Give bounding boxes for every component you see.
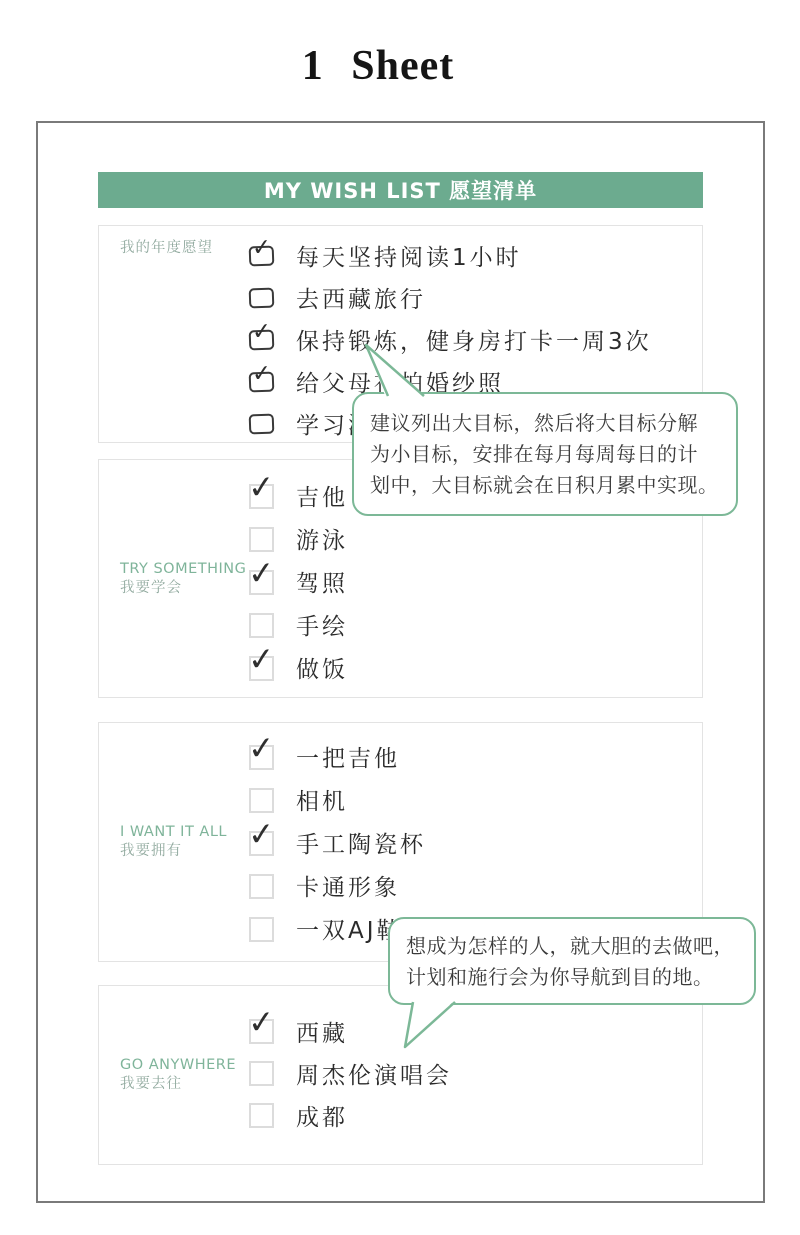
checkbox[interactable]: ✓ bbox=[249, 410, 287, 436]
wish-list-header-title: MY WISH LIST 愿望清单 bbox=[264, 175, 537, 205]
checkbox-box-icon bbox=[249, 874, 274, 899]
bubble-tail-icon bbox=[398, 1000, 468, 1055]
checkbox[interactable]: ✓ bbox=[249, 326, 287, 352]
tip-line: 划中，大目标就会在日积月累中实现。 bbox=[370, 470, 720, 501]
item-label: 吉他 bbox=[296, 479, 348, 512]
checkmark-icon: ✓ bbox=[247, 731, 276, 765]
checklist-row: ✓ 成都 bbox=[249, 1094, 694, 1136]
checkbox-box-icon bbox=[249, 1103, 274, 1128]
checkbox-box-icon bbox=[249, 527, 274, 552]
checkbox-box-icon bbox=[249, 613, 274, 638]
checkbox-box-icon bbox=[249, 788, 274, 813]
checklist-row: ✓ 一把吉他 bbox=[249, 735, 694, 778]
item-label: 一把吉他 bbox=[296, 740, 400, 773]
item-label: 西藏 bbox=[296, 1015, 348, 1048]
section-label-zh: 我要学会 bbox=[120, 579, 246, 598]
checkbox-box-icon bbox=[249, 1061, 274, 1086]
section-label: 我的年度愿望 bbox=[120, 239, 213, 258]
checkmark-icon: ✓ bbox=[247, 470, 276, 504]
section-label: GO ANYWHERE 我要去往 bbox=[120, 1056, 236, 1094]
wish-list-header: MY WISH LIST 愿望清单 bbox=[98, 172, 703, 208]
tip-line: 计划和施行会为你导航到目的地。 bbox=[406, 962, 738, 993]
checkmark-icon: ✓ bbox=[247, 817, 276, 851]
checkbox[interactable]: ✓ bbox=[249, 655, 287, 681]
checkbox-box-icon bbox=[249, 288, 275, 309]
checklist-row: ✓ 相机 bbox=[249, 778, 694, 821]
checkbox[interactable]: ✓ bbox=[249, 242, 287, 268]
checklist-row: ✓ 做饭 bbox=[249, 646, 694, 689]
checkmark-icon: ✓ bbox=[251, 362, 272, 386]
checkbox[interactable]: ✓ bbox=[249, 744, 287, 770]
checklist-row: ✓ 西藏 bbox=[249, 1010, 694, 1052]
item-label: 驾照 bbox=[296, 565, 348, 598]
checklist-row: ✓ 驾照 bbox=[249, 560, 694, 603]
page-title: 1 Sheet bbox=[0, 42, 756, 90]
item-label: 去西藏旅行 bbox=[296, 281, 426, 314]
checkbox[interactable]: ✓ bbox=[249, 569, 287, 595]
checklist-row: ✓ 手绘 bbox=[249, 603, 694, 646]
item-label: 卡通形象 bbox=[296, 869, 400, 902]
checklist-row: ✓ 卡通形象 bbox=[249, 864, 694, 907]
section-label-en: GO ANYWHERE bbox=[120, 1056, 236, 1075]
checkbox[interactable]: ✓ bbox=[249, 830, 287, 856]
section-label-zh: 我的年度愿望 bbox=[120, 239, 213, 258]
checkbox[interactable]: ✓ bbox=[249, 284, 287, 310]
checkmark-icon: ✓ bbox=[247, 1005, 276, 1039]
item-label: 每天坚持阅读1小时 bbox=[296, 239, 522, 272]
checklist-row: ✓ 游泳 bbox=[249, 517, 694, 560]
section-label-zh: 我要拥有 bbox=[120, 842, 227, 861]
checkbox[interactable]: ✓ bbox=[249, 368, 287, 394]
tip-line: 为小目标，安排在每月每周每日的计 bbox=[370, 439, 720, 470]
tip-line: 建议列出大目标，然后将大目标分解 bbox=[370, 408, 720, 439]
tip-line: 想成为怎样的人，就大胆的去做吧， bbox=[406, 931, 738, 962]
section-label: TRY SOMETHING 我要学会 bbox=[120, 560, 246, 598]
checklist-row: ✓ 保持锻炼，健身房打卡一周3次 bbox=[249, 318, 694, 360]
bubble-tail-icon bbox=[348, 336, 428, 400]
item-label: 游泳 bbox=[296, 522, 348, 555]
section-label-en: TRY SOMETHING bbox=[120, 560, 246, 579]
section-label-zh: 我要去往 bbox=[120, 1075, 236, 1094]
checkbox[interactable]: ✓ bbox=[249, 873, 287, 899]
checkbox[interactable]: ✓ bbox=[249, 612, 287, 638]
checkbox[interactable]: ✓ bbox=[249, 526, 287, 552]
checkbox-box-icon bbox=[249, 917, 274, 942]
checkmark-icon: ✓ bbox=[247, 642, 276, 676]
checklist-row: ✓ 手工陶瓷杯 bbox=[249, 821, 694, 864]
item-label: 周杰伦演唱会 bbox=[296, 1057, 452, 1090]
checklist-row: ✓ 去西藏旅行 bbox=[249, 276, 694, 318]
item-label: 成都 bbox=[296, 1099, 348, 1132]
checklist: ✓ 西藏 ✓ 周杰伦演唱会 ✓ 成都 bbox=[249, 1010, 694, 1136]
item-label: 做饭 bbox=[296, 651, 348, 684]
checkbox[interactable]: ✓ bbox=[249, 483, 287, 509]
checkmark-icon: ✓ bbox=[251, 236, 272, 260]
tip-bubble-action: 想成为怎样的人，就大胆的去做吧， 计划和施行会为你导航到目的地。 bbox=[388, 917, 756, 1005]
checklist-row: ✓ 周杰伦演唱会 bbox=[249, 1052, 694, 1094]
tip-bubble-goals: 建议列出大目标，然后将大目标分解 为小目标，安排在每月每周每日的计 划中，大目标… bbox=[352, 392, 738, 516]
item-label: 手工陶瓷杯 bbox=[296, 826, 426, 859]
checkbox[interactable]: ✓ bbox=[249, 916, 287, 942]
checkmark-icon: ✓ bbox=[247, 556, 276, 590]
section-label: I WANT IT ALL 我要拥有 bbox=[120, 823, 227, 861]
checklist-row: ✓ 每天坚持阅读1小时 bbox=[249, 234, 694, 276]
item-label: 相机 bbox=[296, 783, 348, 816]
checkmark-icon: ✓ bbox=[251, 320, 272, 344]
checkbox[interactable]: ✓ bbox=[249, 1018, 287, 1044]
checkbox[interactable]: ✓ bbox=[249, 787, 287, 813]
item-label: 手绘 bbox=[296, 608, 348, 641]
checkbox-box-icon bbox=[249, 414, 275, 435]
checkbox[interactable]: ✓ bbox=[249, 1102, 287, 1128]
checkbox[interactable]: ✓ bbox=[249, 1060, 287, 1086]
section-label-en: I WANT IT ALL bbox=[120, 823, 227, 842]
